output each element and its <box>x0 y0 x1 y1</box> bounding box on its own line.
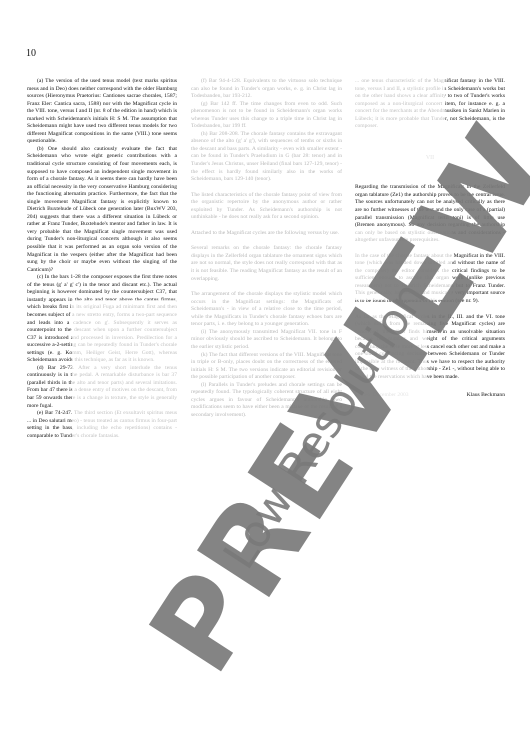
paragraph-i: (i) The anonymously transmitted Magnific… <box>191 329 342 352</box>
right-column: ... one tenus characteristic of the Magn… <box>355 78 505 399</box>
paragraph-f: (f) Bar 94-4-128. Equivalents to the vir… <box>191 78 342 101</box>
author-name: Klaus Beckmann <box>467 392 505 400</box>
middle-column: (f) Bar 94-4-128. Equivalents to the vir… <box>191 78 342 419</box>
place-date: Herten, December 2003 <box>355 392 409 400</box>
preview-mask-right-bottom <box>355 460 385 550</box>
paragraph-c: (c) In the bars 1-28 the composer expose… <box>27 274 177 365</box>
paragraph-conclusion: ... one tenus characteristic of the Magn… <box>355 78 505 131</box>
paragraph-e: (e) Bar 74-247. The third section (Et ex… <box>27 410 177 440</box>
paragraph-g: (g) Bar 142 ff. The time changes from ev… <box>191 101 342 131</box>
paragraph-cycles: As far as the Magnificat cycles in the I… <box>355 314 505 382</box>
paragraph-a: (a) The version of the used tenus model … <box>27 78 177 146</box>
paragraph-d: (d) Bar 29-73. After a very short interl… <box>27 365 177 410</box>
paragraph-transmission: Regarding the transmission of the Magnif… <box>355 184 505 244</box>
document-page: 10 (a) The version of the used tenus mod… <box>0 0 530 750</box>
paragraph-summary: The listed characteristics of the choral… <box>191 192 342 222</box>
page-number: 10 <box>26 48 36 59</box>
paragraph-arrangement: The arrangement of the chorale displays … <box>191 291 342 329</box>
paragraph-remarks: Several remarks on the chorale fantasy: … <box>191 245 342 283</box>
paragraph-versus: Attached to the Magnificat cycles are th… <box>191 230 342 238</box>
paragraph-fantasy-case: In the case of the chorale fantasy about… <box>355 253 505 306</box>
paragraph-b: (b) One should also cautiously evaluate … <box>27 146 177 274</box>
signature-line: Herten, December 2003 Klaus Beckmann <box>355 392 505 400</box>
section-heading-vii: VII <box>355 155 505 163</box>
paragraph-h: (h) Bar 208-208. The chorale fantasy con… <box>191 131 342 184</box>
paragraph-l: (l) Parallels in Tunder's preludes and c… <box>191 382 342 420</box>
paragraph-k: (k) The fact that different versions of … <box>191 352 342 382</box>
left-column: (a) The version of the used tenus model … <box>27 78 177 440</box>
